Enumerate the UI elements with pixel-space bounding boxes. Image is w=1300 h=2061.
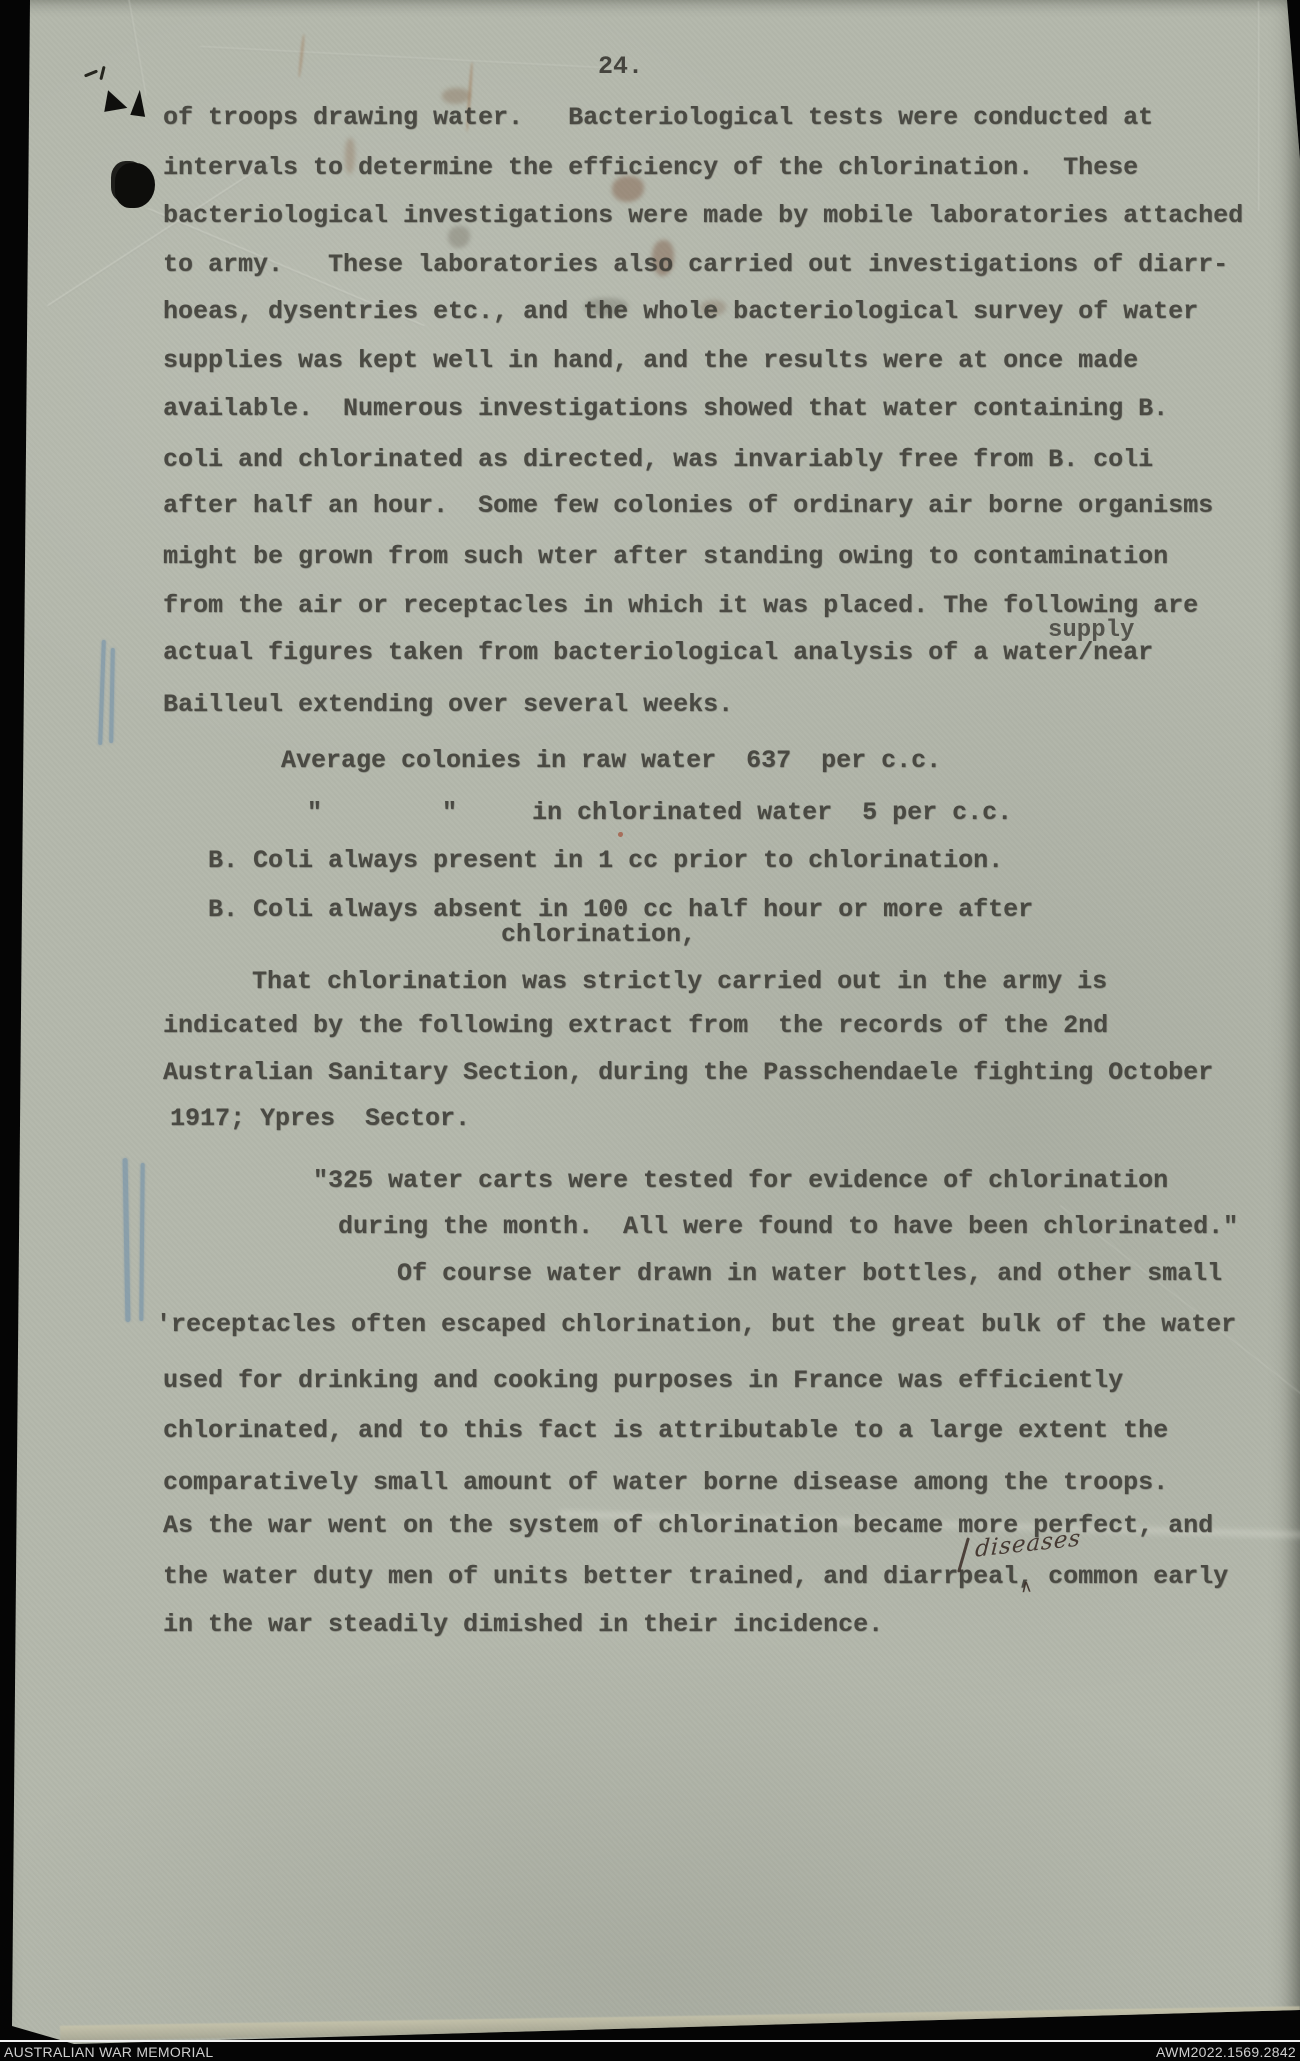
- typed-insertion-supply: supply: [1048, 617, 1134, 644]
- typed-line: B. Coli always present in 1 cc prior to …: [208, 848, 1003, 873]
- stain: [298, 34, 306, 78]
- blue-pencil-mark: [98, 640, 106, 745]
- archive-source-label: AUSTRALIAN WAR MEMORIAL: [4, 2044, 213, 2060]
- typed-line: coli and chlorinated as directed, was in…: [163, 447, 1153, 472]
- stain: [618, 832, 623, 837]
- typed-line: Average colonies in raw water 637 per c.…: [281, 748, 941, 773]
- pen-mark: [84, 69, 98, 77]
- typed-line: bacteriological investigations were made…: [163, 203, 1243, 228]
- typed-line: used for drinking and cooking purposes i…: [163, 1368, 1123, 1393]
- typed-line: after half an hour. Some few colonies of…: [163, 493, 1213, 518]
- archive-accession-label: AWM2022.1569.2842: [1156, 2044, 1296, 2060]
- scanned-document-sheet: 24. of troops drawing water. Bacteriolog…: [0, 0, 1300, 2061]
- typed-line: the water duty men of units better train…: [163, 1564, 1228, 1589]
- typed-line: from the air or receptacles in which it …: [163, 593, 1198, 618]
- typed-line: " " in chlorinated water 5 per c.c.: [307, 800, 1012, 825]
- footer-divider: [0, 2040, 1300, 2042]
- pen-mark: [99, 66, 105, 80]
- stain: [442, 88, 470, 104]
- page-number: 24.: [598, 52, 643, 81]
- typed-line: chlorinated, and to this fact is attribu…: [163, 1418, 1168, 1443]
- typed-line: B. Coli always absent in 100 cc half hou…: [208, 897, 1033, 922]
- typed-line: 1917; Ypres Sector.: [170, 1106, 470, 1131]
- scanned-page-viewer: 24. of troops drawing water. Bacteriolog…: [0, 0, 1300, 2061]
- torn-hole: [104, 90, 129, 115]
- typed-line: 'receptacles often escaped chlorination,…: [156, 1312, 1236, 1337]
- typed-line: That chlorination was strictly carried o…: [252, 969, 1107, 994]
- typed-line: indicated by the following extract from …: [163, 1013, 1108, 1038]
- typed-line: actual figures taken from bacteriologica…: [163, 640, 1153, 665]
- typed-line: supplies was kept well in hand, and the …: [163, 348, 1138, 373]
- typed-line: Of course water drawn in water bottles, …: [397, 1261, 1222, 1286]
- paper-bottom-edge: [60, 2006, 1300, 2040]
- blue-pencil-mark: [123, 1158, 131, 1322]
- blue-pencil-mark: [139, 1163, 144, 1321]
- paper-crease: [1257, 1, 1259, 211]
- torn-hole: [130, 89, 148, 117]
- typed-line: during the month. All were found to have…: [338, 1214, 1238, 1239]
- typed-line: in the war steadily dimished in their in…: [163, 1612, 883, 1637]
- paper-crease: [200, 46, 630, 71]
- typed-line: might be grown from such wter after stan…: [163, 544, 1168, 569]
- paper-crease: [47, 161, 270, 307]
- typed-line: Bailleul extending over several weeks.: [163, 692, 733, 717]
- typed-line: comparatively small amount of water born…: [163, 1470, 1168, 1495]
- typed-line: of troops drawing water. Bacteriological…: [163, 105, 1153, 130]
- typed-line: intervals to determine the efficiency of…: [163, 155, 1138, 180]
- typed-line: available. Numerous investigations showe…: [163, 396, 1168, 421]
- insertion-caret-icon: ∧: [1019, 1577, 1033, 1598]
- blue-pencil-mark: [109, 648, 115, 743]
- typed-line: hoeas, dysentries etc., and the whole ba…: [163, 299, 1198, 324]
- ink-blob: [115, 163, 155, 208]
- typed-line: Australian Sanitary Section, during the …: [163, 1060, 1213, 1085]
- typed-line: "325 water carts were tested for evidenc…: [313, 1168, 1168, 1193]
- paper-crease: [127, 0, 146, 96]
- typed-line: chlorination,: [501, 922, 696, 947]
- typed-line: to army. These laboratories also carried…: [163, 252, 1228, 277]
